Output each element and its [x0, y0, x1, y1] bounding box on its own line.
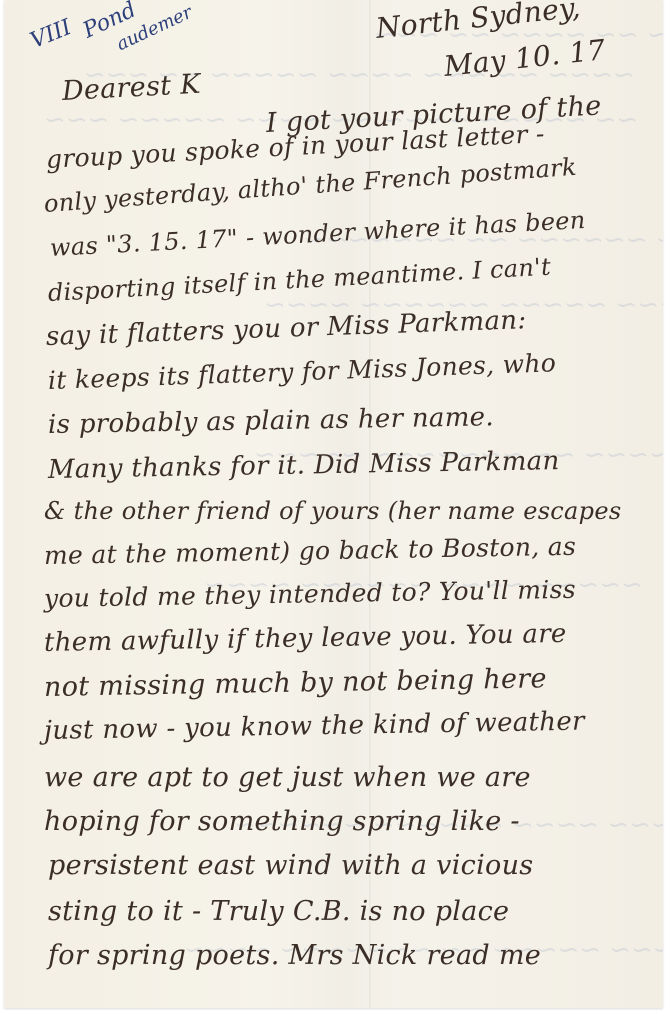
body-line: was "3. 15. 17" - wonder where it has be… [49, 206, 586, 262]
body-line: & the other friend of yours (her name es… [44, 497, 621, 525]
body-line: hoping for something spring like - [44, 806, 520, 837]
body-line: persistent east wind with a vicious [48, 850, 533, 881]
letter-date: May 10. 17 [442, 33, 607, 83]
body-line: Many thanks for it. Did Miss Parkman [48, 446, 560, 485]
letter-page: ~~~ ~~ ~~~~ ~~ ~~~ ~~~~ ~~ ~~~ ~~~~ ~~~~… [4, 0, 663, 1008]
body-line: sting to it - Truly C.B. is no place [48, 896, 509, 927]
archive-numeral-annotation: VIII [27, 15, 75, 54]
body-line: them awfully if they leave you. You are [44, 619, 567, 658]
salutation: Dearest K [61, 69, 201, 107]
body-line: for spring poets. Mrs Nick read me [48, 940, 541, 971]
body-line: is probably as plain as her name. [48, 402, 494, 440]
body-line: just now - you know the kind of weather [44, 707, 585, 746]
body-line: say it flatters you or Miss Parkman: [45, 305, 526, 352]
body-line: me at the moment) go back to Boston, as [44, 532, 577, 570]
body-line: it keeps its flattery for Miss Jones, wh… [47, 348, 556, 395]
body-line: we are apt to get just when we are [44, 762, 531, 793]
body-line: not missing much by not being here [44, 663, 547, 703]
body-line: disporting itself in the meantime. I can… [47, 253, 551, 307]
body-line: you told me they intended to? You'll mis… [44, 575, 576, 613]
